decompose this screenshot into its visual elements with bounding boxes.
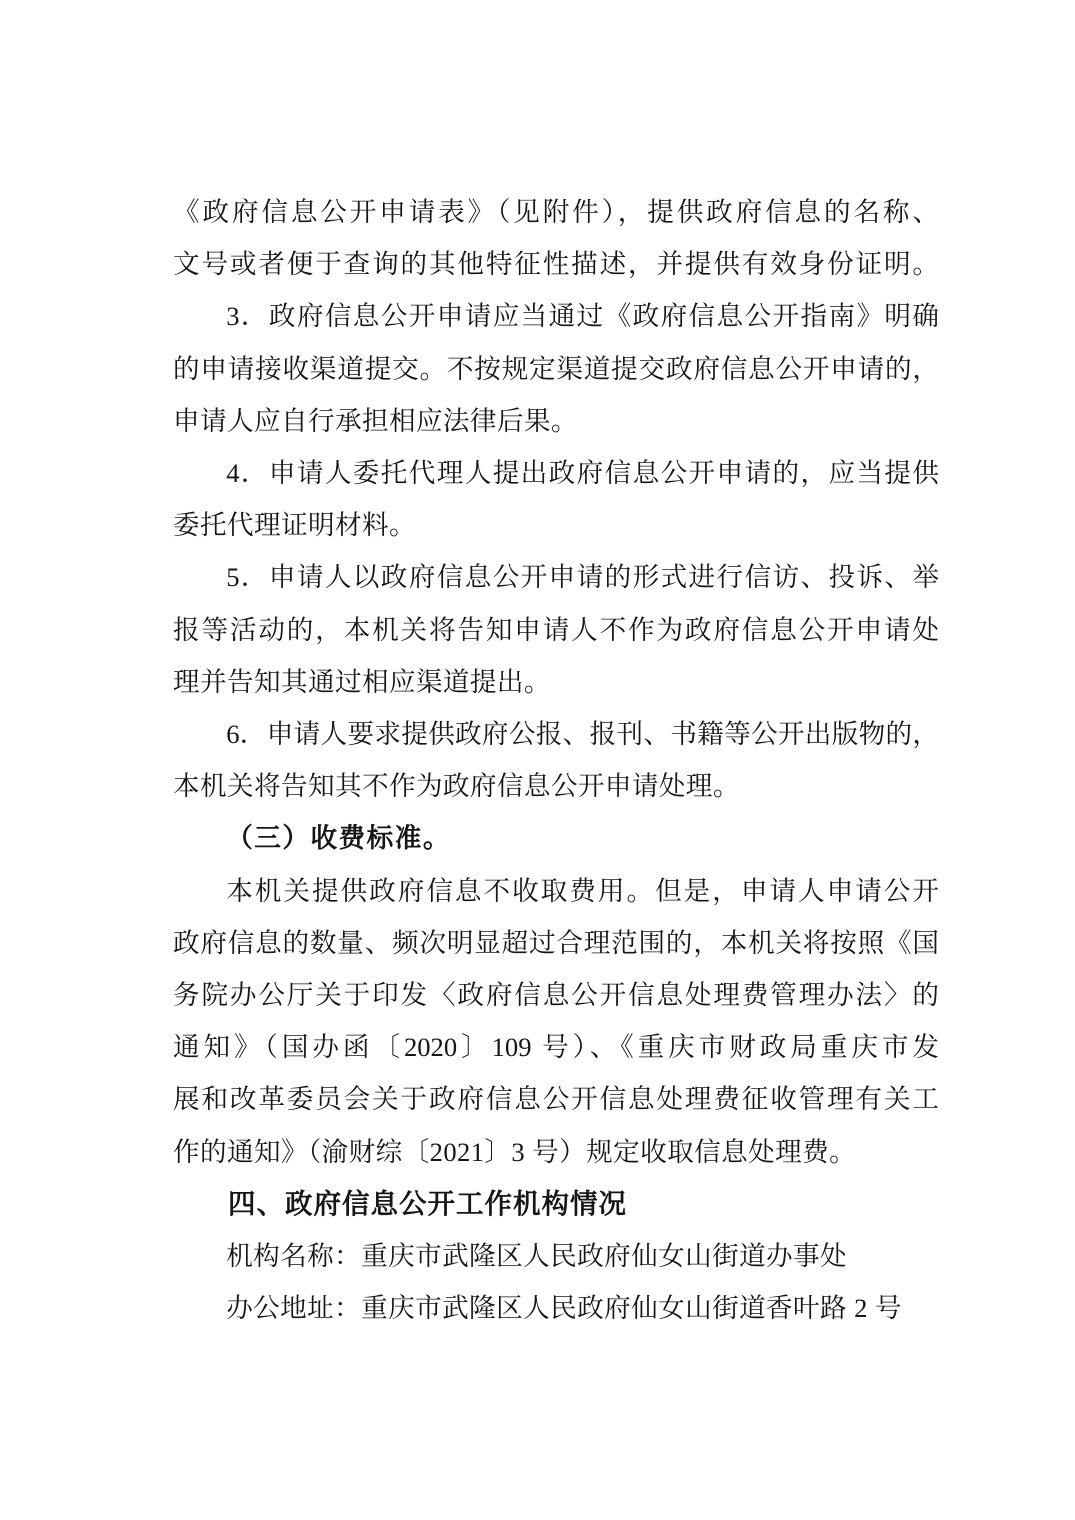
para-fee-details: 本机关提供政府信息不收取费用。但是，申请人申请公开政府信息的数量、频次明显超过合… bbox=[173, 865, 939, 1178]
para-agency-name: 机构名称：重庆市武隆区人民政府仙女山街道办事处 bbox=[173, 1230, 939, 1282]
doc-line: 作的通知》（渝财综〔2021〕3 号）规定收取信息处理费。 bbox=[173, 1126, 939, 1178]
doc-line: 理并告知其通过相应渠道提出。 bbox=[173, 656, 939, 708]
doc-line: 的申请接收渠道提交。不按规定渠道提交政府信息公开申请的， bbox=[173, 343, 939, 395]
doc-line: 四、政府信息公开工作机构情况 bbox=[173, 1178, 939, 1230]
doc-line: 3．政府信息公开申请应当通过《政府信息公开指南》明确 bbox=[173, 290, 939, 342]
doc-line: 文号或者便于查询的其他特征性描述，并提供有效身份证明。 bbox=[173, 238, 939, 290]
para-item-6-publications: 6．申请人要求提供政府公报、报刊、书籍等公开出版物的，本机关将告知其不作为政府信… bbox=[173, 708, 939, 812]
doc-line: 展和改革委员会关于政府信息公开信息处理费征收管理有关工 bbox=[173, 1073, 939, 1125]
document-page: 《政府信息公开申请表》（见附件），提供政府信息的名称、文号或者便于查询的其他特征… bbox=[0, 0, 1075, 1520]
para-item-5-petition-complaint: 5．申请人以政府信息公开申请的形式进行信访、投诉、举报等活动的，本机关将告知申请… bbox=[173, 551, 939, 708]
doc-line: 委托代理证明材料。 bbox=[173, 499, 939, 551]
doc-line: 政府信息的数量、频次明显超过合理范围的，本机关将按照《国 bbox=[173, 917, 939, 969]
doc-line: 6．申请人要求提供政府公报、报刊、书籍等公开出版物的， bbox=[173, 708, 939, 760]
doc-line: 《政府信息公开申请表》（见附件），提供政府信息的名称、 bbox=[173, 186, 939, 238]
doc-line: 务院办公厅关于印发〈政府信息公开信息处理费管理办法〉的 bbox=[173, 969, 939, 1021]
doc-line: 机构名称：重庆市武隆区人民政府仙女山街道办事处 bbox=[173, 1230, 939, 1282]
para-item-4-agent-proof: 4．申请人委托代理人提出政府信息公开申请的，应当提供委托代理证明材料。 bbox=[173, 447, 939, 551]
heading-fee-standard: （三）收费标准。 bbox=[173, 812, 939, 864]
document-body: 《政府信息公开申请表》（见附件），提供政府信息的名称、文号或者便于查询的其他特征… bbox=[173, 186, 939, 1334]
heading-section-4-work-agency: 四、政府信息公开工作机构情况 bbox=[173, 1178, 939, 1230]
doc-line: 4．申请人委托代理人提出政府信息公开申请的，应当提供 bbox=[173, 447, 939, 499]
doc-line: （三）收费标准。 bbox=[173, 812, 939, 864]
para-item-3-application-channel: 3．政府信息公开申请应当通过《政府信息公开指南》明确的申请接收渠道提交。不按规定… bbox=[173, 290, 939, 447]
doc-line: 办公地址：重庆市武隆区人民政府仙女山街道香叶路 2 号 bbox=[173, 1282, 939, 1334]
para-office-address: 办公地址：重庆市武隆区人民政府仙女山街道香叶路 2 号 bbox=[173, 1282, 939, 1334]
doc-line: 5．申请人以政府信息公开申请的形式进行信访、投诉、举 bbox=[173, 551, 939, 603]
doc-line: 本机关提供政府信息不收取费用。但是，申请人申请公开 bbox=[173, 865, 939, 917]
para-application-form-continuation: 《政府信息公开申请表》（见附件），提供政府信息的名称、文号或者便于查询的其他特征… bbox=[173, 186, 939, 290]
doc-line: 本机关将告知其不作为政府信息公开申请处理。 bbox=[173, 760, 939, 812]
doc-line: 通知》（国办函〔2020〕109 号）、《重庆市财政局重庆市发 bbox=[173, 1021, 939, 1073]
doc-line: 申请人应自行承担相应法律后果。 bbox=[173, 395, 939, 447]
doc-line: 报等活动的，本机关将告知申请人不作为政府信息公开申请处 bbox=[173, 604, 939, 656]
